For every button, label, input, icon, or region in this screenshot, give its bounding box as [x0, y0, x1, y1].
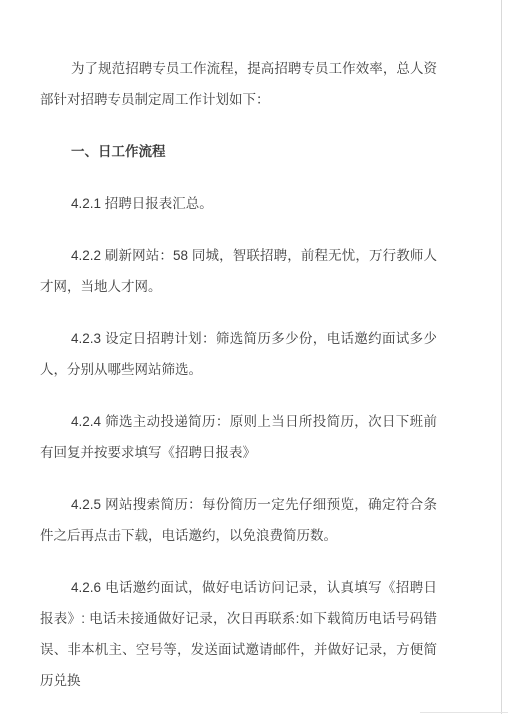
- intro-paragraph: 为了规范招聘专员工作流程，提高招聘专员工作效率，总人资部针对招聘专员制定周工作计…: [40, 53, 437, 115]
- item-4-2-1: 4.2.1 招聘日报表汇总。: [40, 188, 437, 219]
- item-4-2-5: 4.2.5 网站搜索简历：每份简历一定先仔细预览，确定符合条件之后再点击下载，电…: [40, 489, 437, 551]
- page-edge-bottom: [420, 712, 508, 713]
- item-4-2-4: 4.2.4 筛选主动投递简历：原则上当日所投简历，次日下班前有回复并按要求填写《…: [40, 406, 437, 468]
- item-4-2-3: 4.2.3 设定日招聘计划：筛选简历多少份，电话邀约面试多少人，分别从哪些网站筛…: [40, 323, 437, 385]
- document-page: 为了规范招聘专员工作流程，提高招聘专员工作效率，总人资部针对招聘专员制定周工作计…: [0, 0, 508, 714]
- item-4-2-2: 4.2.2 刷新网站：58 同城，智联招聘，前程无忧，万行教师人才网，当地人才网…: [40, 240, 437, 302]
- page-edge-right: [501, 0, 502, 714]
- section-heading-daily-workflow: 一、日工作流程: [40, 136, 437, 167]
- document-body-text: 为了规范招聘专员工作流程，提高招聘专员工作效率，总人资部针对招聘专员制定周工作计…: [40, 53, 437, 714]
- item-4-2-6: 4.2.6 电话邀约面试，做好电话访问记录，认真填写《招聘日报表》: 电话未接通…: [40, 572, 437, 696]
